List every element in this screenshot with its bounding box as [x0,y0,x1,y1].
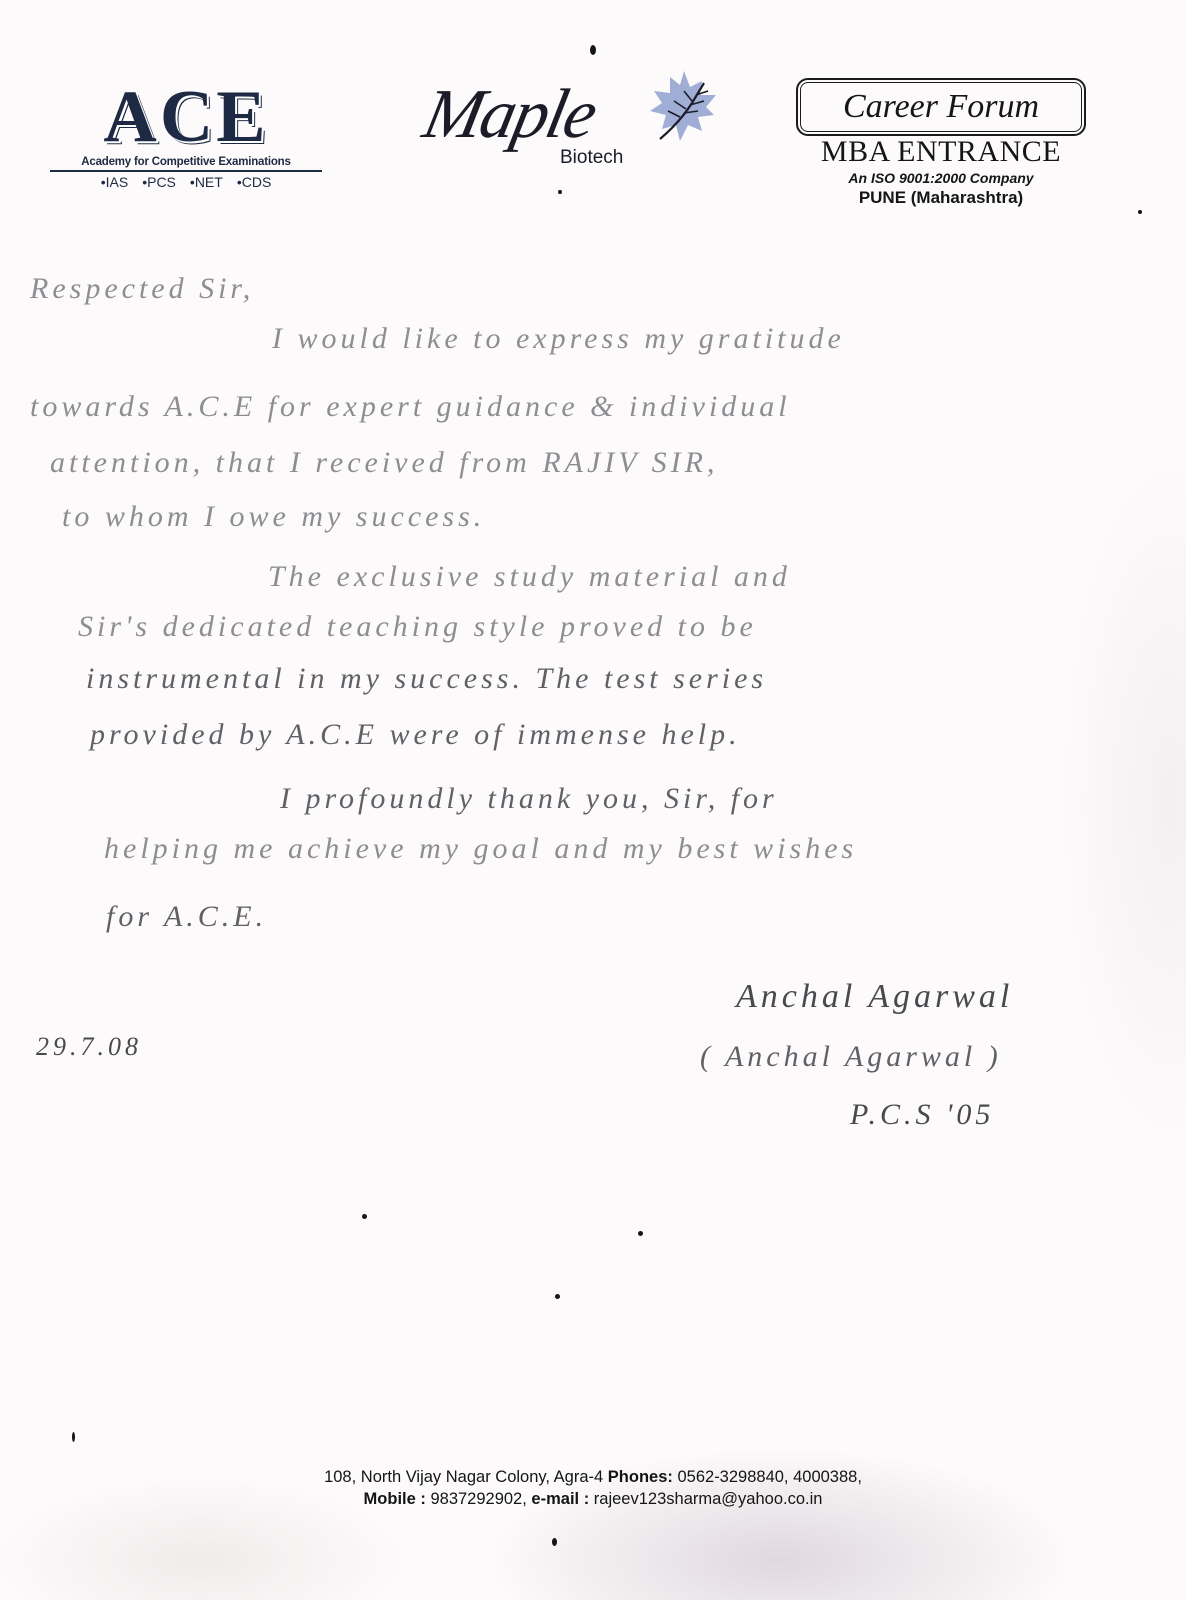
punch-mark [72,1432,75,1442]
punch-mark [1138,210,1142,214]
ace-title: ACE [50,82,322,152]
footer-email: rajeev123sharma@yahoo.co.in [594,1490,823,1508]
footer-phones: 0562-3298840, 4000388, [677,1468,861,1486]
footer-email-label: e-mail : [531,1490,589,1508]
footer-address: 108, North Vijay Nagar Colony, Agra-4 [324,1468,603,1486]
maple-biotech-logo: Maple Biotech [425,75,725,195]
letter-line: instrumental in my success. The test ser… [86,662,767,696]
footer-line1: 108, North Vijay Nagar Colony, Agra-4 Ph… [0,1466,1186,1488]
letterhead-footer: 108, North Vijay Nagar Colony, Agra-4 Ph… [0,1466,1186,1510]
exam-item: CDS [237,174,271,190]
letter-line: Sir's dedicated teaching style proved to… [78,610,757,644]
career-forum-line2: An ISO 9001:2000 Company [796,170,1086,186]
letter-page: ACE Academy for Competitive Examinations… [0,0,1186,1600]
maple-title: Maple [416,75,602,155]
career-forum-line1: MBA ENTRANCE [796,136,1086,168]
letter-line: to whom I owe my success. [62,500,485,534]
exam-item: PCS [142,174,176,190]
punch-mark [590,45,596,55]
signature: Anchal Agarwal [736,978,1013,1016]
salutation: Respected Sir, [30,272,254,306]
career-forum-title: Career Forum [796,78,1086,136]
letter-line: The exclusive study material and [268,560,791,594]
career-forum-logo: Career Forum MBA ENTRANCE An ISO 9001:20… [796,78,1086,208]
ace-logo: ACE Academy for Competitive Examinations… [50,82,322,190]
letter-line: I profoundly thank you, Sir, for [280,782,778,816]
letter-line: for A.C.E. [106,900,267,934]
maple-subtitle: Biotech [560,147,623,169]
letter-line: provided by A.C.E were of immense help. [90,718,741,752]
maple-leaf-icon [640,67,720,147]
designation: P.C.S '05 [850,1098,994,1132]
footer-phones-label: Phones: [608,1468,673,1486]
exam-item: IAS [101,174,128,190]
footer-mobile: 9837292902, [430,1490,526,1508]
ace-exam-list: IAS PCS NET CDS [50,174,322,190]
letter-line: I would like to express my gratitude [272,322,845,356]
exam-item: NET [190,174,223,190]
punch-mark [362,1214,367,1219]
footer-mobile-label: Mobile : [364,1490,426,1508]
punch-mark [552,1538,557,1546]
letter-line: attention, that I received from RAJIV SI… [50,446,718,480]
punch-mark [558,190,562,194]
career-forum-line3: PUNE (Maharashtra) [796,188,1086,208]
printed-name: ( Anchal Agarwal ) [700,1040,1002,1074]
footer-line2: Mobile : 9837292902, e-mail : rajeev123s… [0,1488,1186,1510]
letter-date: 29.7.08 [36,1032,142,1062]
punch-mark [638,1231,643,1236]
letter-line: towards A.C.E for expert guidance & indi… [30,390,791,424]
ace-subtitle: Academy for Competitive Examinations [50,156,322,172]
punch-mark [555,1294,560,1299]
letter-line: helping me achieve my goal and my best w… [104,832,857,866]
